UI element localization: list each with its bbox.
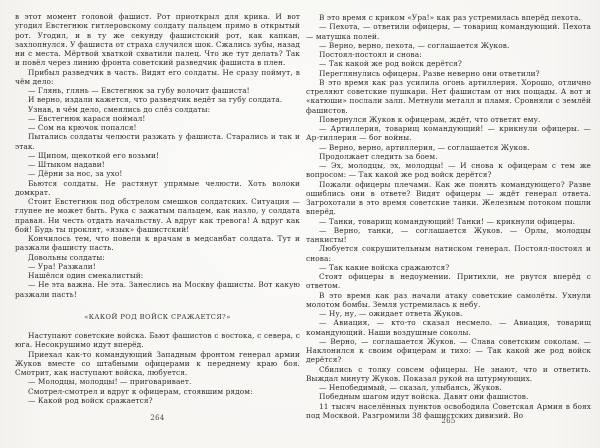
paragraph: Любуется сокрушительным натиском генерал… xyxy=(306,244,591,263)
paragraph: — Дёрни за нос, за ухо! xyxy=(15,169,300,178)
paragraph: Наступают советские войска. Бьют фашисто… xyxy=(15,331,300,350)
right-page-text: В это время с криком «Ура!» как раз устр… xyxy=(306,13,591,420)
book-scan: { "document": { "left_page": { "number":… xyxy=(0,0,600,448)
paragraph: В это время как раз усилила огонь артилл… xyxy=(306,78,591,115)
paragraph: Прибыл разведчик в часть. Видят его солд… xyxy=(15,68,300,87)
paragraph: — Танки, товарищ командующий! Танки! — к… xyxy=(306,217,591,226)
paragraph: Стоит Евстегнюк под обстрелом смешков со… xyxy=(15,197,300,234)
paragraph: Бьются солдаты. Не растянут упрямые челю… xyxy=(15,179,300,198)
paragraph: — Так какой же род войск дерётся? xyxy=(306,59,591,68)
paragraph: — Сом на крючок попался! xyxy=(15,123,300,132)
paragraph: — Ну, ну, — ожидает ответа Жуков. xyxy=(306,309,591,318)
paragraph: Пытались солдаты челюсти разжать у фашис… xyxy=(15,132,300,151)
paragraph: — Верно, верно, артиллерия, — соглашаетс… xyxy=(306,143,591,152)
page-number-left: 264 xyxy=(15,414,300,422)
paragraph: Кончилось тем, что повели к врачам в мед… xyxy=(15,234,300,253)
paragraph: И верно, издали кажется, что разведчик в… xyxy=(15,95,300,104)
paragraph: — Верно, танки, — соглашается Жуков. — О… xyxy=(306,226,591,245)
paragraph: Нашёлся один смекалистый: xyxy=(15,271,300,280)
paragraph: — Какой род войск сражается? xyxy=(15,396,300,405)
paragraph: Смотрел-смотрел и вдруг к офицерам, стоя… xyxy=(15,387,300,396)
paragraph: Постоял-постоял и снова: xyxy=(306,50,591,59)
paragraph: — Штыком надави! xyxy=(15,160,300,169)
paragraph: — Ура! Разжали! xyxy=(15,262,300,271)
paragraph: Пожали офицеры плечами. Как же понять ко… xyxy=(306,180,591,217)
section-heading: «КАКОЙ РОД ВОЙСК СРАЖАЕТСЯ?» xyxy=(15,313,300,322)
paragraph: — Пехота, — ответили офицеры, — товарищ … xyxy=(306,22,591,41)
paragraph: В это время как раз начали атаку советск… xyxy=(306,291,591,310)
paragraph: — Так какие войска сражаются? xyxy=(306,263,591,272)
paragraph: — Авиация, — кто-то сказал несмело. — Ав… xyxy=(306,318,591,337)
paragraph: — Артиллерия, товарищ командующий! — кри… xyxy=(306,124,591,143)
paragraph: Узнав, в чём дело, смеялись до слёз солд… xyxy=(15,105,300,114)
paragraph: Победным шагом идут войска. Давят они фа… xyxy=(306,392,591,401)
paragraph: В это время с криком «Ура!» как раз устр… xyxy=(306,13,591,22)
paragraph: Переглянулись офицеры. Разве неверно они… xyxy=(306,69,591,78)
left-page-text: в этот момент головой фашист. Рот приотк… xyxy=(15,12,300,405)
paragraph: — Эх, молодцы, эх, молодцы! — И снова к … xyxy=(306,161,591,180)
paragraph: — Верно, — соглашается Жуков. — Слава со… xyxy=(306,337,591,365)
paragraph: — Евстегнюк карася поймал! xyxy=(15,114,300,123)
paragraph: — Щипом, щекоткой его возьми! xyxy=(15,151,300,160)
paragraph: Продолжает следить за боем. xyxy=(306,152,591,161)
paragraph: — Верно, верно, пехота, — соглашается Жу… xyxy=(306,41,591,50)
paragraph: в этот момент головой фашист. Рот приотк… xyxy=(15,12,300,68)
paragraph: Довольны солдаты: xyxy=(15,253,300,262)
paragraph: Стоят офицеры в недоумении. Притихли, не… xyxy=(306,272,591,291)
paragraph: — Молодцы, молодцы! — приговаривает. xyxy=(15,377,300,386)
paragraph: Повернулся Жуков к офицерам, ждёт, что о… xyxy=(306,115,591,124)
paragraph: — Глянь, глянь — Евстегнюк за губу волоч… xyxy=(15,86,300,95)
paragraph: — Непобедимый, — сказал, улыбаясь, Жуков… xyxy=(306,383,591,392)
page-number-right: 265 xyxy=(306,417,591,425)
paragraph: Сбились с толку совсем офицеры. Не знают… xyxy=(306,365,591,384)
paragraph: Приехал как-то командующий Западным фрон… xyxy=(15,350,300,378)
paragraph: — Не эта важна. Не эта. Занеслись на Мос… xyxy=(15,280,300,299)
